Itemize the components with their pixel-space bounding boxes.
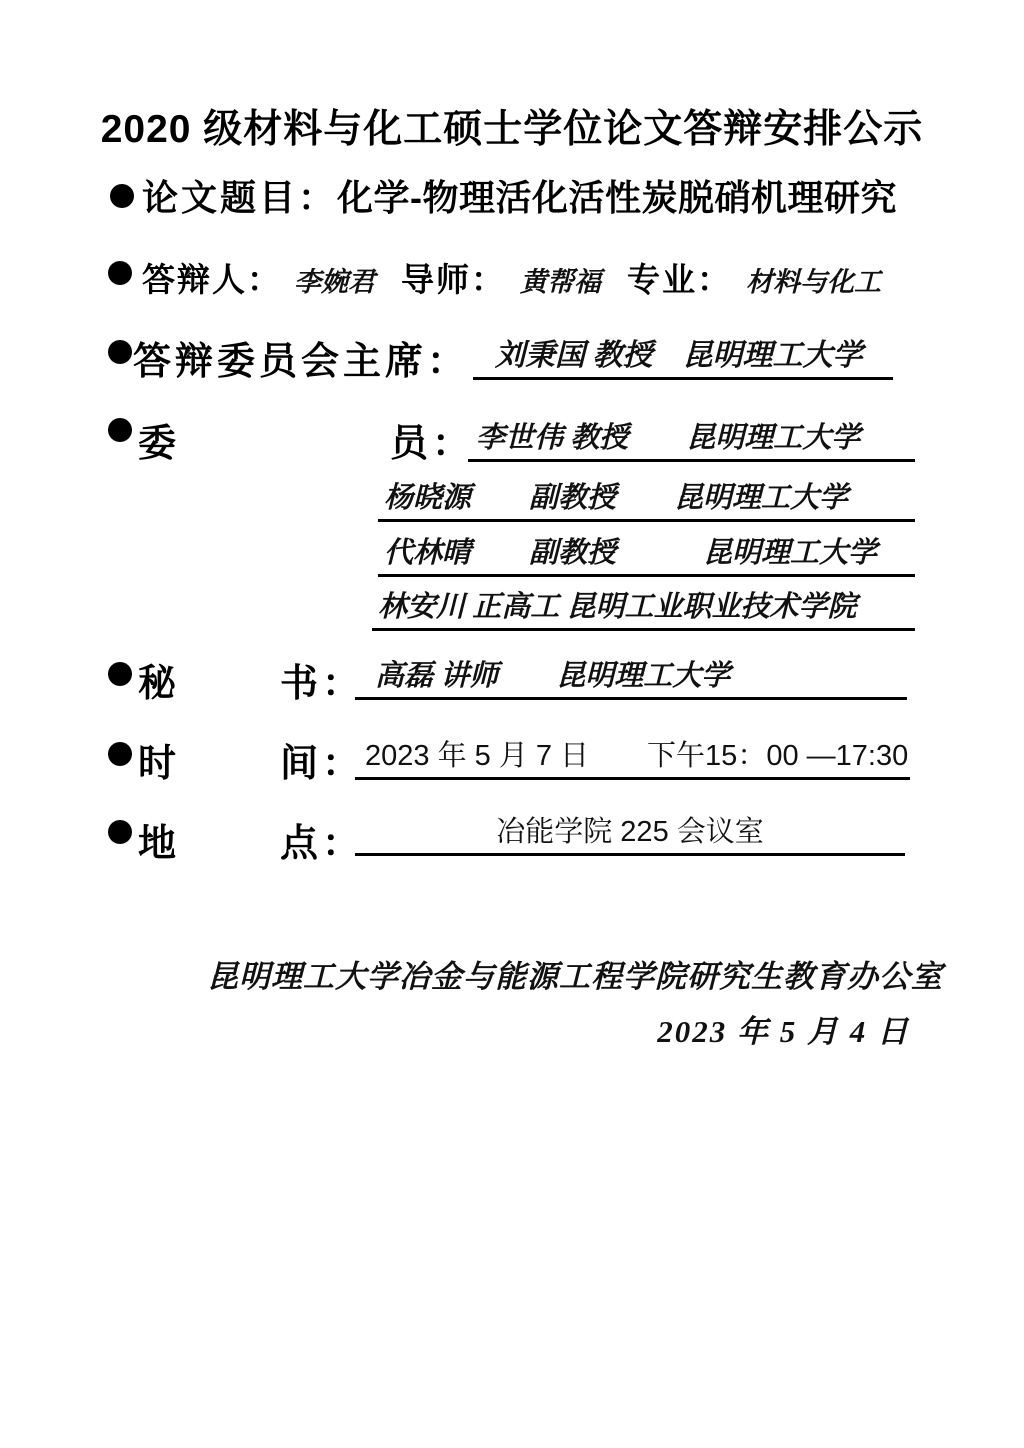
time-label-second: 间： [280, 732, 364, 787]
defender-label: 答辩人： [142, 254, 282, 301]
secretary-label-second: 书： [280, 652, 364, 707]
committee-member: 杨晓源 副教授 昆明理工大学 [384, 475, 848, 516]
major-label: 专业： [627, 254, 732, 301]
chair-label: 答辩委员会主席： [133, 330, 469, 385]
secretary-row: 秘 书： 高磊 讲师 昆明理工大学 [0, 652, 1024, 700]
advisor-label: 导师： [401, 254, 506, 301]
bullet-icon [108, 340, 132, 364]
advisor-name: 黄帮福 [520, 260, 601, 299]
committee-member-row: 代林晴 副教授 昆明理工大学 [0, 533, 1024, 577]
defense-announcement-page: 2020 级材料与化工硕士学位论文答辩安排公示 论文题目：化学-物理活化活性炭脱… [0, 0, 1024, 1448]
committee-member: 林安川 正高工 昆明工业职业技术学院 [378, 584, 857, 625]
committee-member-row: 林安川 正高工 昆明工业职业技术学院 [0, 587, 1024, 631]
committee-label-first: 委 [138, 412, 180, 467]
bullet-icon [108, 261, 132, 285]
bullet-icon [110, 184, 134, 208]
bullet-icon [108, 418, 132, 442]
defender-name: 李婉君 [294, 260, 375, 299]
issuing-office: 昆明理工大学冶金与能源工程学院研究生教育办公室 [207, 951, 943, 996]
chair-row: 答辩委员会主席： 刘秉国 教授 昆明理工大学 [0, 330, 1024, 380]
time-value: 2023 年 5 月 7 日 下午15：00 —17:30 [365, 733, 908, 774]
bullet-icon [108, 742, 132, 766]
thesis-title-label: 论文题目： [142, 170, 337, 221]
secretary-value: 高磊 讲师 昆明理工大学 [375, 653, 730, 694]
thesis-title-value: 化学-物理活化活性炭脱硝机理研究 [337, 170, 897, 221]
place-label-second: 点： [280, 812, 364, 867]
committee-row: 委 员： 李世伟 教授 昆明理工大学 [0, 412, 1024, 462]
committee-member: 代林晴 副教授 昆明理工大学 [384, 530, 877, 571]
page-title: 2020 级材料与化工硕士学位论文答辩安排公示 [0, 98, 1024, 154]
issue-date: 2023 年 5 月 4 日 [657, 1006, 910, 1051]
time-row: 时 间： 2023 年 5 月 7 日 下午15：00 —17:30 [0, 732, 1024, 780]
major-name: 材料与化工 [746, 260, 881, 299]
committee-member-row: 杨晓源 副教授 昆明理工大学 [0, 478, 1024, 522]
people-row: 答辩人： 李婉君 导师： 黄帮福 专业： 材料与化工 [0, 248, 1024, 298]
place-label-first: 地 [138, 812, 180, 867]
committee-label-second: 员： [390, 412, 474, 467]
bullet-icon [108, 662, 132, 686]
committee-member: 李世伟 教授 昆明理工大学 [476, 415, 860, 456]
thesis-title-row: 论文题目：化学-物理活化活性炭脱硝机理研究 [0, 166, 1024, 220]
time-label-first: 时 [138, 732, 180, 787]
secretary-label-first: 秘 [138, 652, 180, 707]
chair-value: 刘秉国 教授 昆明理工大学 [495, 330, 863, 374]
place-value: 冶能学院 225 会议室 [496, 809, 764, 850]
bullet-icon [108, 820, 132, 844]
place-row: 地 点： 冶能学院 225 会议室 [0, 812, 1024, 856]
